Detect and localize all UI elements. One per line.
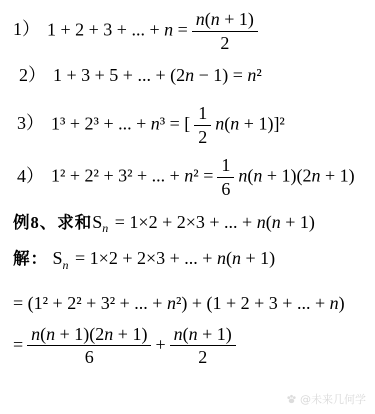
solution-step-2: = (1² + 2² + 3² + ... + n²) + (1 + 2 + 3… (13, 293, 371, 315)
fraction-numerator: n(n + 1)(2n + 1) (27, 324, 151, 347)
fraction-numerator: n(n + 1) (170, 324, 236, 347)
fraction-numerator: n(n + 1) (192, 9, 258, 32)
watermark: @未来几何学 (286, 391, 366, 407)
item-number-2: 2） (19, 65, 46, 85)
formula-identity-1: 1）1 + 2 + 3 + ... + n =n(n + 1)2 (13, 9, 371, 53)
fraction-denominator: 6 (217, 178, 234, 200)
solution-step-1: 解： Sn = 1×2 + 2×3 + ... + n(n + 1) (13, 248, 371, 270)
fraction: 12 (194, 103, 211, 147)
sum-symbol-subscript: n (102, 221, 108, 235)
fraction: n(n + 1)(2n + 1)6 (27, 324, 151, 368)
math-run: 1³ + 2³ + ... + n³ = [ (51, 113, 190, 133)
fraction-numerator: 1 (194, 103, 211, 126)
formula-identity-4: 4）1² + 2² + 3² + ... + n² =16n(n + 1)(2n… (17, 155, 371, 199)
fraction-denominator: 2 (194, 126, 211, 148)
plus-sign: + (155, 334, 165, 354)
math-run: n(n + 1)]² (215, 113, 285, 133)
fraction-denominator: 2 (170, 346, 236, 368)
sum-symbol: S (92, 212, 102, 232)
math-run: = 1×2 + 2×3 + ... + n(n + 1) (115, 212, 315, 232)
math-run: = 1×2 + 2×3 + ... + n(n + 1) (75, 248, 275, 268)
fraction-denominator: 6 (27, 346, 151, 368)
paw-icon (286, 394, 297, 405)
math-run: n(n + 1)(2n + 1) (238, 166, 354, 186)
fraction: 16 (217, 155, 234, 199)
fraction-denominator: 2 (192, 32, 258, 54)
formula-identity-3: 3）1³ + 2³ + ... + n³ = [12n(n + 1)]² (17, 103, 371, 147)
watermark-text: @未来几何学 (300, 391, 366, 407)
equals-sign: = (13, 334, 23, 354)
fraction-numerator: 1 (217, 155, 234, 178)
example-heading: 例8、求和 (13, 213, 92, 232)
math-notes-page: 1）1 + 2 + 3 + ... + n =n(n + 1)2 2）1 + 3… (0, 0, 375, 368)
math-run: = (1² + 2² + 3² + ... + n²) + (1 + 2 + 3… (13, 293, 345, 313)
sum-symbol-subscript: n (63, 258, 69, 272)
fraction: n(n + 1)2 (170, 324, 236, 368)
example-statement: 例8、求和Sn = 1×2 + 2×3 + ... + n(n + 1) (13, 212, 371, 234)
fraction: n(n + 1)2 (192, 9, 258, 53)
item-number-1: 1） (13, 19, 40, 39)
solution-heading: 解： (13, 249, 48, 268)
sum-symbol: S (53, 248, 63, 268)
math-run: 1 + 3 + 5 + ... + (2n − 1) = n² (53, 65, 262, 85)
item-number-3: 3） (17, 113, 44, 133)
math-run: 1 + 2 + 3 + ... + n = (47, 19, 188, 39)
math-run: 1² + 2² + 3² + ... + n² = (51, 166, 213, 186)
item-number-4: 4） (17, 166, 44, 186)
formula-identity-2: 2）1 + 3 + 5 + ... + (2n − 1) = n² (19, 65, 371, 87)
solution-step-3: =n(n + 1)(2n + 1)6+n(n + 1)2 (13, 324, 371, 368)
